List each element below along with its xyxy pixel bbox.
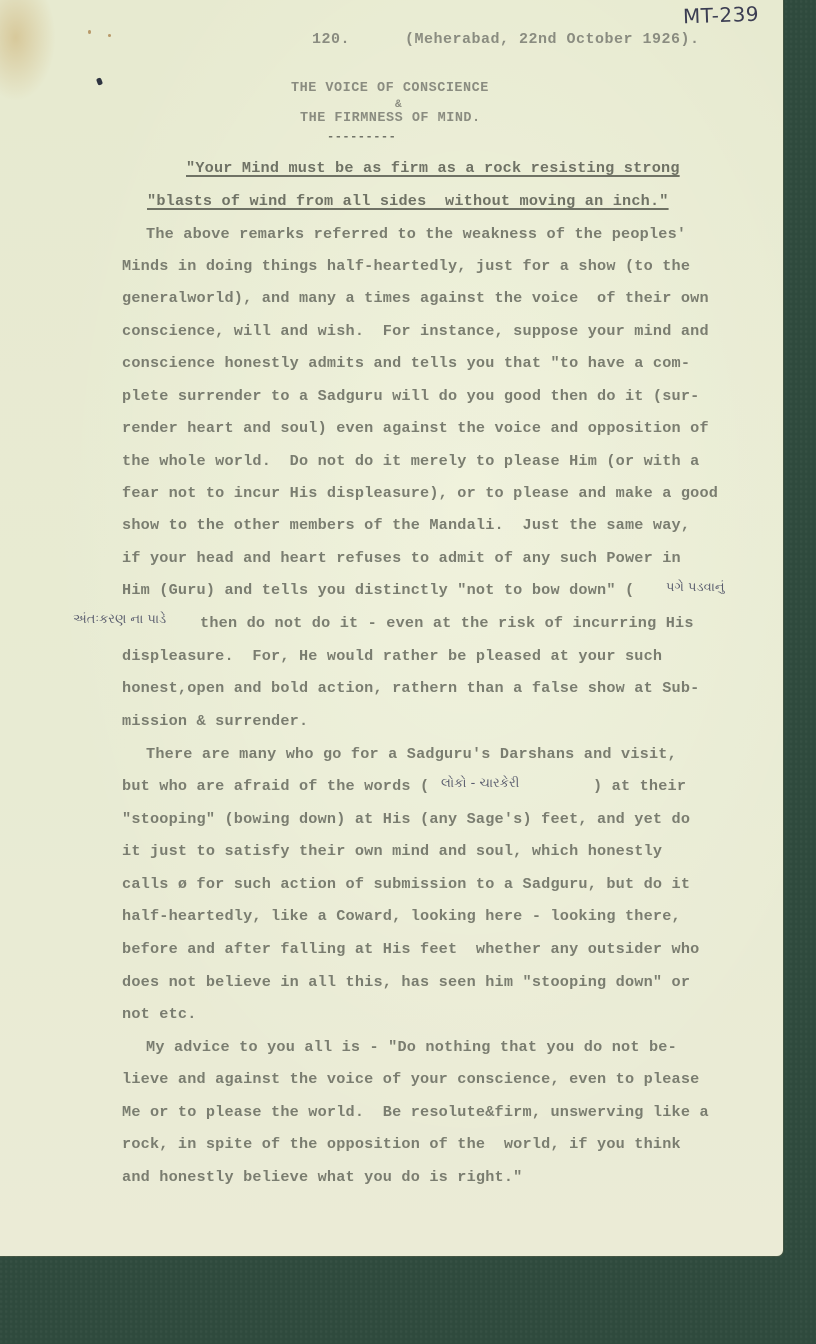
- body-line: There are many who go for a Sadguru's Da…: [146, 745, 677, 763]
- body-line: before and after falling at His feet whe…: [122, 940, 699, 958]
- body-line: then do not do it - even at the risk of …: [200, 614, 694, 632]
- body-line: but who are afraid of the words (: [122, 777, 429, 795]
- body-line: the whole world. Do not do it merely to …: [122, 452, 699, 470]
- body-line: show to the other members of the Mandali…: [122, 516, 690, 534]
- typewritten-page: MT-239 120. (Meherabad, 22nd October 192…: [0, 0, 783, 1256]
- body-line: plete surrender to a Sadguru will do you…: [122, 387, 699, 405]
- body-line: fear not to incur His displeasure), or t…: [122, 484, 718, 502]
- body-line: does not believe in all this, has seen h…: [122, 973, 690, 991]
- body-line: lieve and against the voice of your cons…: [122, 1070, 699, 1088]
- handwritten-note: લોકો - ચારકેરી: [441, 776, 519, 791]
- body-line: rock, in spite of the opposition of the …: [122, 1135, 681, 1153]
- body-line: mission & surrender.: [122, 712, 308, 730]
- body-line: calls ø for such action of submission to…: [122, 875, 690, 893]
- body-line: honest,open and bold action, rathern tha…: [122, 679, 699, 697]
- body-line: not etc.: [122, 1005, 197, 1023]
- body-line: The above remarks referred to the weakne…: [146, 225, 686, 243]
- body-line: "stooping" (bowing down) at His (any Sag…: [122, 810, 690, 828]
- epigraph-line: "Your Mind must be as firm as a rock res…: [186, 159, 680, 177]
- archive-id: MT-239: [683, 2, 760, 29]
- paper-speck: [88, 30, 91, 34]
- ink-mark: [96, 77, 103, 85]
- handwritten-note: પગે પડવાનું: [666, 580, 725, 595]
- body-line: Minds in doing things half-heartedly, ju…: [122, 257, 690, 275]
- body-line: conscience honestly admits and tells you…: [122, 354, 690, 372]
- title-rule: ---------: [327, 130, 396, 144]
- body-line: and honestly believe what you do is righ…: [122, 1168, 523, 1186]
- body-line: Him (Guru) and tells you distinctly "not…: [122, 581, 634, 599]
- body-line: My advice to you all is - "Do nothing th…: [146, 1038, 677, 1056]
- body-line: Me or to please the world. Be resolute&f…: [122, 1103, 709, 1121]
- paper-speck: [108, 34, 111, 37]
- body-line: render heart and soul) even against the …: [122, 419, 709, 437]
- body-line: displeasure. For, He would rather be ple…: [122, 647, 662, 665]
- body-line: it just to satisfy their own mind and so…: [122, 842, 662, 860]
- title-line-1: THE VOICE OF CONSCIENCE: [291, 80, 489, 98]
- handwritten-note: અંતઃકરણ ના પાડે: [73, 612, 166, 627]
- title-line-2: THE FIRMNESS OF MIND.: [300, 110, 481, 128]
- place-date: (Meherabad, 22nd October 1926).: [405, 31, 700, 49]
- body-line: conscience, will and wish. For instance,…: [122, 322, 709, 340]
- body-line: half-heartedly, like a Coward, looking h…: [122, 907, 681, 925]
- epigraph-line: "blasts of wind from all sides without m…: [147, 192, 669, 210]
- body-line: ) at their: [593, 777, 686, 795]
- body-line: if your head and heart refuses to admit …: [122, 549, 681, 567]
- document-number: 120.: [312, 31, 350, 49]
- body-line: generalworld), and many a times against …: [122, 289, 709, 307]
